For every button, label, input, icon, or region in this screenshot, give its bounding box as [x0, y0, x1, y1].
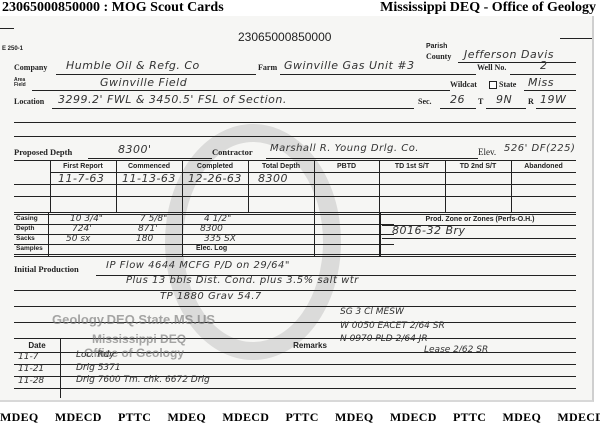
prod-zone-value: 8016-32 Bry [392, 224, 466, 237]
divider [560, 38, 592, 39]
col-commenced: Commenced [116, 163, 182, 170]
contractor-value: Marshall R. Young Drlg. Co. [270, 143, 419, 154]
footer-item: MDECD [55, 410, 102, 424]
commenced-value: 11-13-63 [122, 172, 176, 185]
ip-line-1: IP Flow 4644 MCFG P/D on 29/64" [106, 260, 290, 271]
wildcat-label: Wildcat [450, 80, 477, 89]
divider [14, 136, 576, 137]
form-number: E 250-1 [2, 46, 23, 52]
ip-line-3: TP 1880 Grav 54.7 [160, 291, 262, 302]
casing-2-depth: 871' [138, 224, 158, 234]
divider [88, 158, 212, 159]
footer-item: MDECD [390, 410, 437, 424]
divider [32, 90, 450, 91]
divider [382, 238, 576, 239]
divider [14, 122, 576, 123]
divider [14, 388, 576, 389]
log-remark-3: Drlg 7600 Tm. chk. 6672 Drlg [76, 375, 210, 385]
elec-log-label: Elec. Log [196, 246, 227, 252]
log-remark-2: Drlg 5371 [76, 363, 121, 373]
divider [14, 196, 576, 197]
divider [510, 74, 576, 75]
col-td-2nd-st: TD 2nd S/T [445, 163, 511, 170]
log-date-1: 11-7 [18, 352, 38, 362]
township-label: T [478, 97, 483, 106]
initial-production-label: Initial Production [14, 264, 79, 274]
log-date-2: 11-21 [18, 364, 44, 374]
log-date-3: 11-28 [18, 376, 44, 386]
field-label: Field [14, 82, 26, 88]
scout-card-image: 23065000850000 E 250-1 Parish County Jef… [0, 16, 594, 402]
divider [52, 108, 414, 109]
footer-item: PTTC [453, 410, 486, 424]
casing-1-sacks: 50 sx [66, 234, 90, 244]
ip-line-6: N 0970 PLD 2/64 JR [340, 334, 428, 344]
col-first-report: First Report [50, 163, 116, 170]
state-label: State [499, 80, 516, 89]
watermark-url: Geology.DEQ.State.MS.US [52, 312, 215, 327]
footer-item: PTTC [118, 410, 151, 424]
col-total-depth: Total Depth [248, 163, 314, 170]
col-td-1st-st: TD 1st S/T [379, 163, 445, 170]
company-value: Humble Oil & Refg. Co [66, 59, 200, 72]
watermark-agency: Mississippi DEQ [92, 332, 186, 346]
casing-3-sacks: 335 SX [204, 234, 236, 244]
sec-value: 26 [450, 93, 465, 106]
ip-line-2: Plus 13 bbls Dist. Cond. plus 3.5% salt … [126, 275, 359, 286]
farm-label: Farm [258, 63, 277, 72]
footer-item: MDECD [222, 410, 269, 424]
divider [14, 290, 576, 291]
divider [56, 74, 256, 75]
casing-2-size: 7 5/8" [140, 214, 167, 224]
row-depth-label: Depth [16, 226, 34, 232]
divider [536, 108, 576, 109]
divider [14, 212, 576, 213]
sec-label: Sec. [418, 97, 432, 106]
divider [280, 74, 476, 75]
elev-label: Elev. [478, 147, 496, 157]
casing-1-depth: 724' [72, 224, 92, 234]
divider [14, 306, 576, 307]
log-remark-1: Loc. Rdy [76, 350, 114, 360]
range-label: R [528, 97, 534, 106]
divider [314, 212, 315, 256]
contractor-label: Contractor [212, 147, 253, 157]
location-label: Location [14, 97, 44, 106]
row-sacks-label: Sacks [16, 236, 35, 242]
township-value: 9N [496, 93, 512, 106]
casing-2-sacks: 180 [136, 234, 153, 244]
state-value: Miss [528, 76, 554, 89]
row-casing-label: Casing [16, 216, 38, 222]
elev-value: 526' DF(225) [504, 143, 575, 154]
divider [524, 90, 576, 91]
divider [14, 256, 576, 257]
row-samples-label: Samples [16, 246, 43, 252]
divider [60, 338, 61, 398]
footer-banner: MDEQ MDECD PTTC MDEQ MDECD PTTC MDEQ MDE… [0, 410, 600, 425]
divider [458, 62, 576, 63]
footer-item: MDEQ [335, 410, 374, 424]
farm-value: Gwinville Gas Unit #3 [284, 59, 415, 72]
document-title: 23065000850000 : MOG Scout Cards [2, 0, 224, 16]
divider [486, 108, 526, 109]
col-pbtd: PBTD [314, 163, 379, 170]
field-value: Gwinville Field [100, 76, 187, 89]
col-abandoned: Abandoned [511, 163, 576, 170]
first-report-value: 11-7-63 [58, 172, 104, 185]
col-completed: Completed [182, 163, 248, 170]
well-no-label: Well No. [477, 63, 506, 72]
footer-item: MDEQ [503, 410, 542, 424]
ip-line-5: W 0050 EACET 2/64 SR [340, 321, 445, 331]
divider [48, 212, 49, 256]
location-value: 3299.2' FWL & 3450.5' FSL of Section. [58, 93, 287, 106]
divider [182, 212, 183, 256]
api-number: 23065000850000 [238, 30, 331, 44]
wildcat-checkbox [489, 81, 497, 89]
ip-line-4: SG 3 Cl MESW [340, 307, 404, 317]
date-col-header: Date [14, 341, 60, 350]
divider [440, 108, 476, 109]
county-label: County [426, 52, 451, 61]
parish-label: Parish [426, 44, 447, 50]
ip-line-7: Lease 2/62 SR [424, 345, 488, 355]
agency-title: Mississippi DEQ - Office of Geology [380, 0, 596, 16]
casing-3-size: 4 1/2" [204, 214, 231, 224]
footer-item: MDECD [557, 410, 600, 424]
prod-zone-label: Prod. Zone or Zones (Perfs-O.H.) [384, 216, 576, 223]
divider [380, 214, 381, 256]
company-label: Company [14, 63, 47, 72]
footer-item: PTTC [286, 410, 319, 424]
divider [14, 160, 576, 161]
casing-3-depth: 8300 [200, 224, 223, 234]
total-depth-value: 8300 [258, 172, 288, 185]
range-value: 19W [540, 93, 566, 106]
well-no-value: 2 [540, 59, 548, 72]
divider [14, 254, 576, 255]
proposed-depth-value: 8300' [118, 143, 152, 156]
footer-item: MDEQ [168, 410, 207, 424]
divider [266, 158, 478, 159]
divider [0, 28, 14, 29]
footer-item: MDEQ [0, 410, 39, 424]
casing-1-size: 10 3/4" [70, 214, 103, 224]
remarks-col-header: Remarks [280, 341, 340, 350]
completed-value: 12-26-63 [188, 172, 242, 185]
proposed-depth-label: Proposed Depth [14, 147, 72, 157]
